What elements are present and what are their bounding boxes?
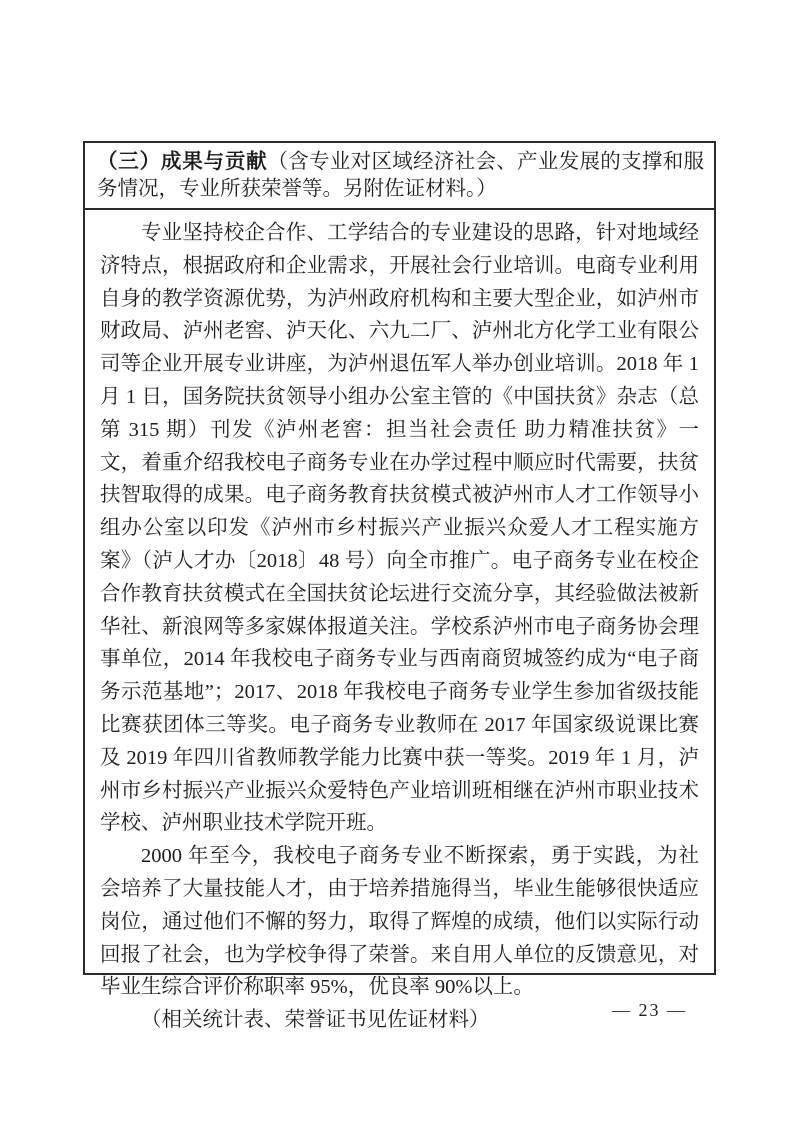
paragraph: 2000 年至今，我校电子商务专业不断探索，勇于实践，为社会培养了大量技能人才，… xyxy=(100,840,699,1004)
section-body: 专业坚持校企合作、工学结合的专业建设的思路，针对地域经济特点，根据政府和企业需求… xyxy=(85,210,714,1037)
section-table: （三）成果与贡献（含专业对区域经济社会、产业发展的支撑和服务情况，专业所获荣誉等… xyxy=(83,141,716,975)
document-page: （三）成果与贡献（含专业对区域经济社会、产业发展的支撑和服务情况，专业所获荣誉等… xyxy=(0,0,793,1122)
paragraph: （相关统计表、荣誉证书见佐证材料） xyxy=(100,1004,699,1037)
section-title: （三）成果与贡献 xyxy=(97,151,267,173)
paragraph: 专业坚持校企合作、工学结合的专业建设的思路，针对地域经济特点，根据政府和企业需求… xyxy=(100,217,699,840)
page-number: — 23 — xyxy=(612,1000,687,1021)
section-header: （三）成果与贡献（含专业对区域经济社会、产业发展的支撑和服务情况，专业所获荣誉等… xyxy=(85,143,714,210)
